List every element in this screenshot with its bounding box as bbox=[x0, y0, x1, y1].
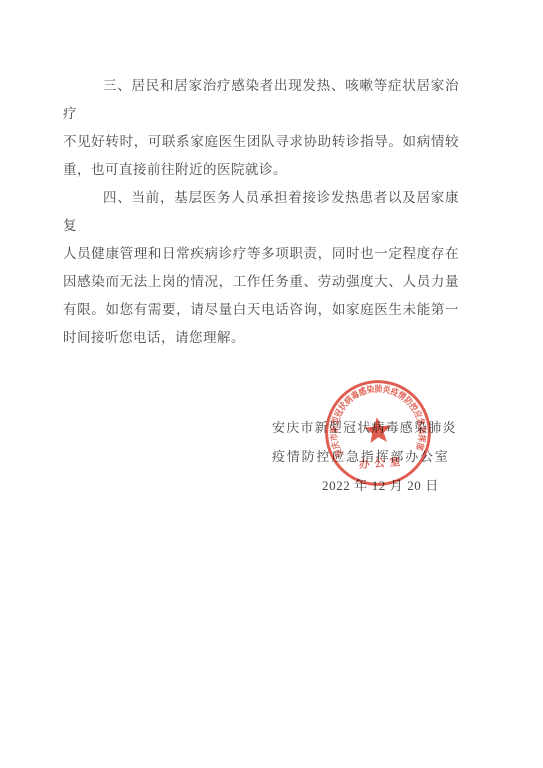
body-line: 四、当前，基层医务人员承担着接诊发热患者以及居家康复 bbox=[63, 184, 459, 240]
body-line: 时间接听您电话，请您理解。 bbox=[63, 324, 459, 352]
body-line: 不见好转时，可联系家庭医生团队寻求协助转诊指导。如病情较 bbox=[63, 128, 459, 156]
body-text: 三、居民和居家治疗感染者出现发热、咳嗽等症状居家治疗不见好转时，可联系家庭医生团… bbox=[63, 72, 459, 352]
signature-org-line2: 疫情防控应急指挥部办公室 bbox=[272, 443, 450, 471]
signature-date: 2022 年 12 月 20 日 bbox=[322, 472, 439, 500]
body-line: 重，也可直接前往附近的医院就诊。 bbox=[63, 156, 459, 184]
body-line: 有限。如您有需要，请尽量白天电话咨询，如家庭医生未能第一 bbox=[63, 296, 459, 324]
document-page: 三、居民和居家治疗感染者出现发热、咳嗽等症状居家治疗不见好转时，可联系家庭医生团… bbox=[0, 0, 543, 768]
body-line: 因感染而无法上岗的情况，工作任务重、劳动强度大、人员力量 bbox=[63, 268, 459, 296]
signature-org-line1: 安庆市新型冠状病毒感染肺炎 bbox=[272, 414, 457, 442]
body-line: 三、居民和居家治疗感染者出现发热、咳嗽等症状居家治疗 bbox=[63, 72, 459, 128]
body-line: 人员健康管理和日常疾病诊疗等多项职责，同时也一定程度存在 bbox=[63, 240, 459, 268]
